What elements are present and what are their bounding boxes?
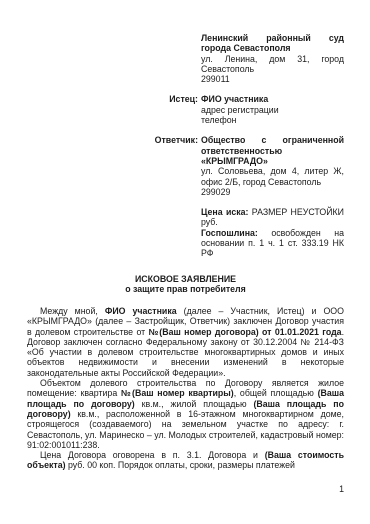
claim-price-line: Цена иска: РАЗМЕР НЕУСТОЙКИ руб. <box>201 207 344 228</box>
plaintiff-address: адрес регистрации <box>201 105 344 115</box>
paragraph-segment: №(Ваш номер договора) от 01.01.2021 года <box>149 327 342 337</box>
document-body: Между мной, ФИО участника (далее – Участ… <box>27 306 344 471</box>
court-postcode: 299011 <box>201 74 344 84</box>
claim-row: Цена иска: РАЗМЕР НЕУСТОЙКИ руб. Госпошл… <box>152 207 344 258</box>
paragraph-segment: , общей площадью <box>234 388 318 398</box>
paragraph-segment: №(Ваш номер квартиры) <box>121 388 234 398</box>
paragraph-1: Между мной, ФИО участника (далее – Участ… <box>27 306 344 378</box>
defendant-name: Общество с ограниченной ответственностью… <box>201 135 344 166</box>
claim-label-spacer <box>152 207 201 258</box>
plaintiff-name: ФИО участника <box>201 94 344 104</box>
plaintiff-row: Истец: ФИО участника адрес регистрации т… <box>152 94 344 125</box>
court-address: ул. Ленина, дом 31, город Севастополь <box>201 54 344 75</box>
claim-fee-label: Госпошлина: <box>201 228 258 238</box>
document-page: Ленинский районный суд города Севастопол… <box>0 0 370 524</box>
court-row: Ленинский районный суд города Севастопол… <box>152 33 344 84</box>
defendant-label: Ответчик: <box>152 135 201 197</box>
plaintiff-block: ФИО участника адрес регистрации телефон <box>201 94 344 125</box>
title-line-2: о защите прав потребителя <box>27 284 344 294</box>
court-label-spacer <box>152 33 201 84</box>
paragraph-segment: Между мной, <box>40 306 105 316</box>
paragraph-segment: руб. 00 коп. Порядок оплаты, сроки, разм… <box>66 460 295 470</box>
court-name: Ленинский районный суд города Севастопол… <box>201 33 344 54</box>
claim-price-label: Цена иска: <box>201 207 248 217</box>
defendant-address: ул. Соловьева, дом 4, литер Ж, офис 2/Б,… <box>201 166 344 187</box>
document-title: ИСКОВОЕ ЗАЯВЛЕНИЕ о защите прав потребит… <box>27 274 344 295</box>
title-line-1: ИСКОВОЕ ЗАЯВЛЕНИЕ <box>27 274 344 284</box>
claim-block: Цена иска: РАЗМЕР НЕУСТОЙКИ руб. Госпошл… <box>201 207 344 258</box>
plaintiff-label: Истец: <box>152 94 201 125</box>
paragraph-segment: ФИО участника <box>105 306 177 316</box>
court-address-block: Ленинский районный суд города Севастопол… <box>201 33 344 84</box>
paragraph-segment: Цена Договора оговорена в п. 3.1. Догово… <box>40 450 265 460</box>
defendant-row: Ответчик: Общество с ограниченной ответс… <box>152 135 344 197</box>
plaintiff-phone: телефон <box>201 115 344 125</box>
defendant-postcode: 299029 <box>201 187 344 197</box>
paragraph-3: Цена Договора оговорена в п. 3.1. Догово… <box>27 450 344 471</box>
header-block: Ленинский районный суд города Севастопол… <box>152 33 344 269</box>
page-number: 1 <box>339 484 344 494</box>
claim-fee-line: Госпошлина: освобожден на основании п. 1… <box>201 228 344 259</box>
paragraph-segment: кв.м., расположенной в 16-этажном многок… <box>27 409 344 450</box>
paragraph-segment: кв.м., жилой площадью <box>135 399 254 409</box>
paragraph-2: Объектом долевого строительства по Догов… <box>27 378 344 450</box>
defendant-block: Общество с ограниченной ответственностью… <box>201 135 344 197</box>
